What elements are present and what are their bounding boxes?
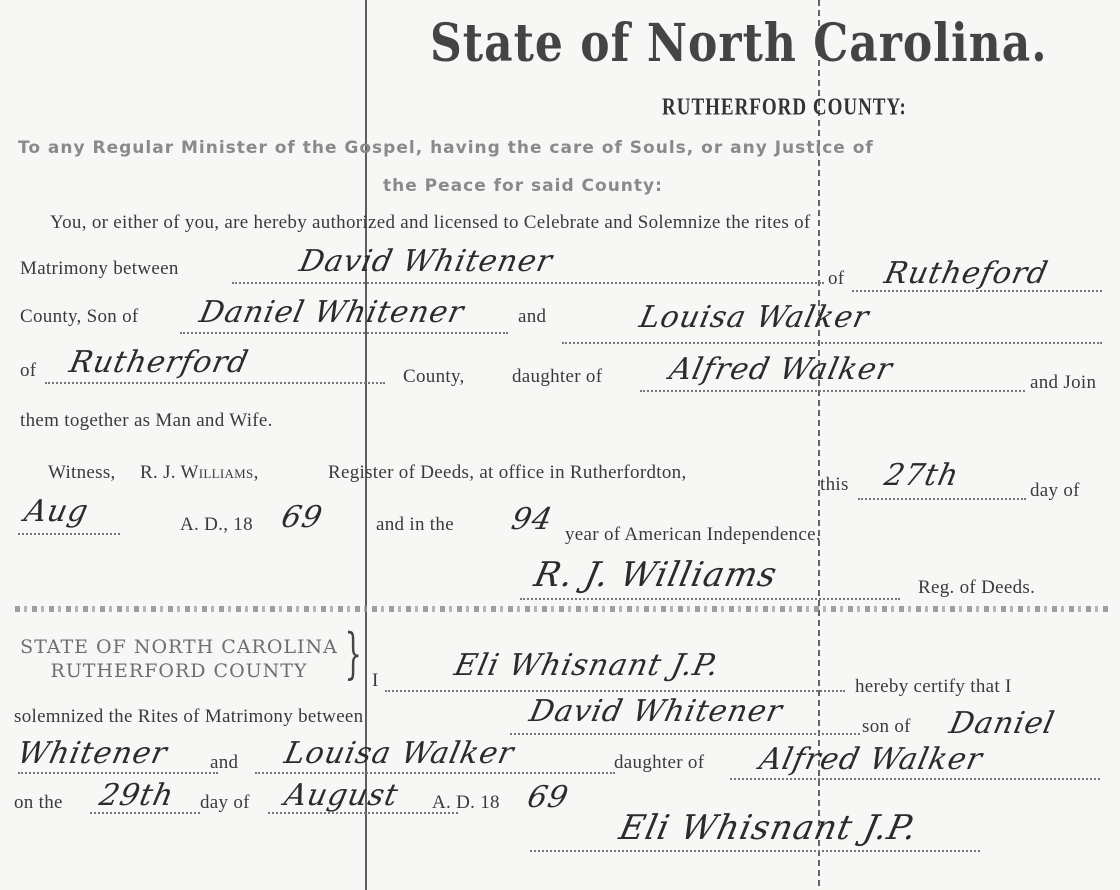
officiant-line — [385, 690, 845, 692]
bride-county-line — [45, 382, 385, 384]
authorization-text: You, or either of you, are hereby author… — [50, 212, 811, 234]
address-line-1: To any Regular Minister of the Gospel, h… — [18, 138, 874, 158]
daughter-of-label: daughter of — [512, 366, 602, 388]
county-son-of-label: County, Son of — [20, 306, 139, 328]
cert-bride-field: Louisa Walker — [281, 736, 517, 771]
bride-name-field: Louisa Walker — [636, 300, 872, 335]
cert-bride-father-line — [730, 778, 1100, 780]
witness-prefix: Witness, — [48, 462, 116, 484]
bride-county-field: Rutherford — [66, 345, 252, 380]
license-day-line — [858, 498, 1026, 500]
groom-father-line — [180, 332, 508, 334]
license-year-field: 69 — [278, 500, 326, 535]
license-month-line — [18, 533, 120, 535]
license-day-field: 27th — [881, 458, 962, 493]
groom-father-field: Daniel Whitener — [196, 295, 467, 330]
county-label: County, — [403, 366, 465, 388]
bride-name-line — [562, 342, 1102, 344]
cert-month-field: August — [281, 778, 401, 813]
groom-name-line — [232, 282, 824, 284]
cert-groom-line — [510, 733, 860, 735]
and-join-label: and Join — [1030, 372, 1096, 394]
certificate-state-stamp: STATE OF NORTH CAROLINA RUTHERFORD COUNT… — [14, 635, 344, 683]
address-line-2: the Peace for said County: — [383, 176, 663, 196]
bride-father-line — [640, 390, 1025, 392]
officiant-signature: Eli Whisnant J.P. — [616, 808, 921, 848]
on-the-label: on the — [14, 792, 63, 814]
matrimony-label: Matrimony between — [20, 258, 179, 280]
ad-label: A. D., 18 — [180, 514, 253, 536]
officiant-signature-line — [530, 850, 980, 852]
son-of-label: son of — [862, 716, 911, 738]
license-month-field: Aug — [21, 494, 92, 529]
register-signature: R. J. Williams — [531, 555, 781, 595]
independence-text: year of American Independence. — [565, 524, 821, 546]
cert-groom-father-first: Daniel — [946, 706, 1058, 741]
stamp-county: RUTHERFORD COUNTY — [14, 659, 344, 683]
state-title: State of North Carolina. — [430, 13, 1048, 74]
stamp-state: STATE OF NORTH CAROLINA — [14, 635, 344, 659]
of-label-2: of — [20, 360, 36, 382]
register-name: R. J. Williams, — [140, 462, 259, 484]
i-label: I — [372, 670, 379, 692]
brace-icon: } — [345, 622, 362, 685]
and-label: and — [518, 306, 546, 328]
day-of-label: day of — [1030, 480, 1080, 502]
bride-father-field: Alfred Walker — [666, 352, 896, 387]
section-separator — [15, 606, 1110, 612]
cert-bride-father-field: Alfred Walker — [756, 742, 986, 777]
cert-and-label: and — [210, 752, 238, 774]
cert-day-of-label: day of — [200, 792, 250, 814]
officiant-field: Eli Whisnant J.P. — [451, 648, 722, 683]
groom-name-field: David Whitener — [296, 244, 556, 279]
cert-groom-father-last: Whitener — [14, 736, 170, 771]
cert-bride-line — [255, 772, 615, 774]
witness-office-text: Register of Deeds, at office in Rutherfo… — [328, 462, 687, 484]
register-title: Reg. of Deeds. — [918, 577, 1035, 599]
county-heading: RUTHERFORD COUNTY: — [662, 94, 907, 122]
groom-county-field: Rutheford — [881, 256, 1051, 291]
of-label: of — [828, 268, 844, 290]
cert-groom-father-line — [18, 772, 218, 774]
cert-year-field: 69 — [524, 780, 572, 815]
together-text: them together as Man and Wife. — [20, 410, 273, 432]
certify-label: hereby certify that I — [855, 676, 1012, 698]
this-label: this — [820, 474, 849, 496]
cert-daughter-of-label: daughter of — [614, 752, 704, 774]
cert-day-field: 29th — [96, 778, 177, 813]
register-signature-line — [520, 598, 900, 600]
cert-groom-field: David Whitener — [526, 694, 786, 729]
and-in-the-label: and in the — [376, 514, 454, 536]
solemnized-label: solemnized the Rites of Matrimony betwee… — [14, 706, 363, 728]
independence-year-field: 94 — [508, 502, 556, 537]
cert-ad-label: A. D. 18 — [432, 792, 500, 814]
